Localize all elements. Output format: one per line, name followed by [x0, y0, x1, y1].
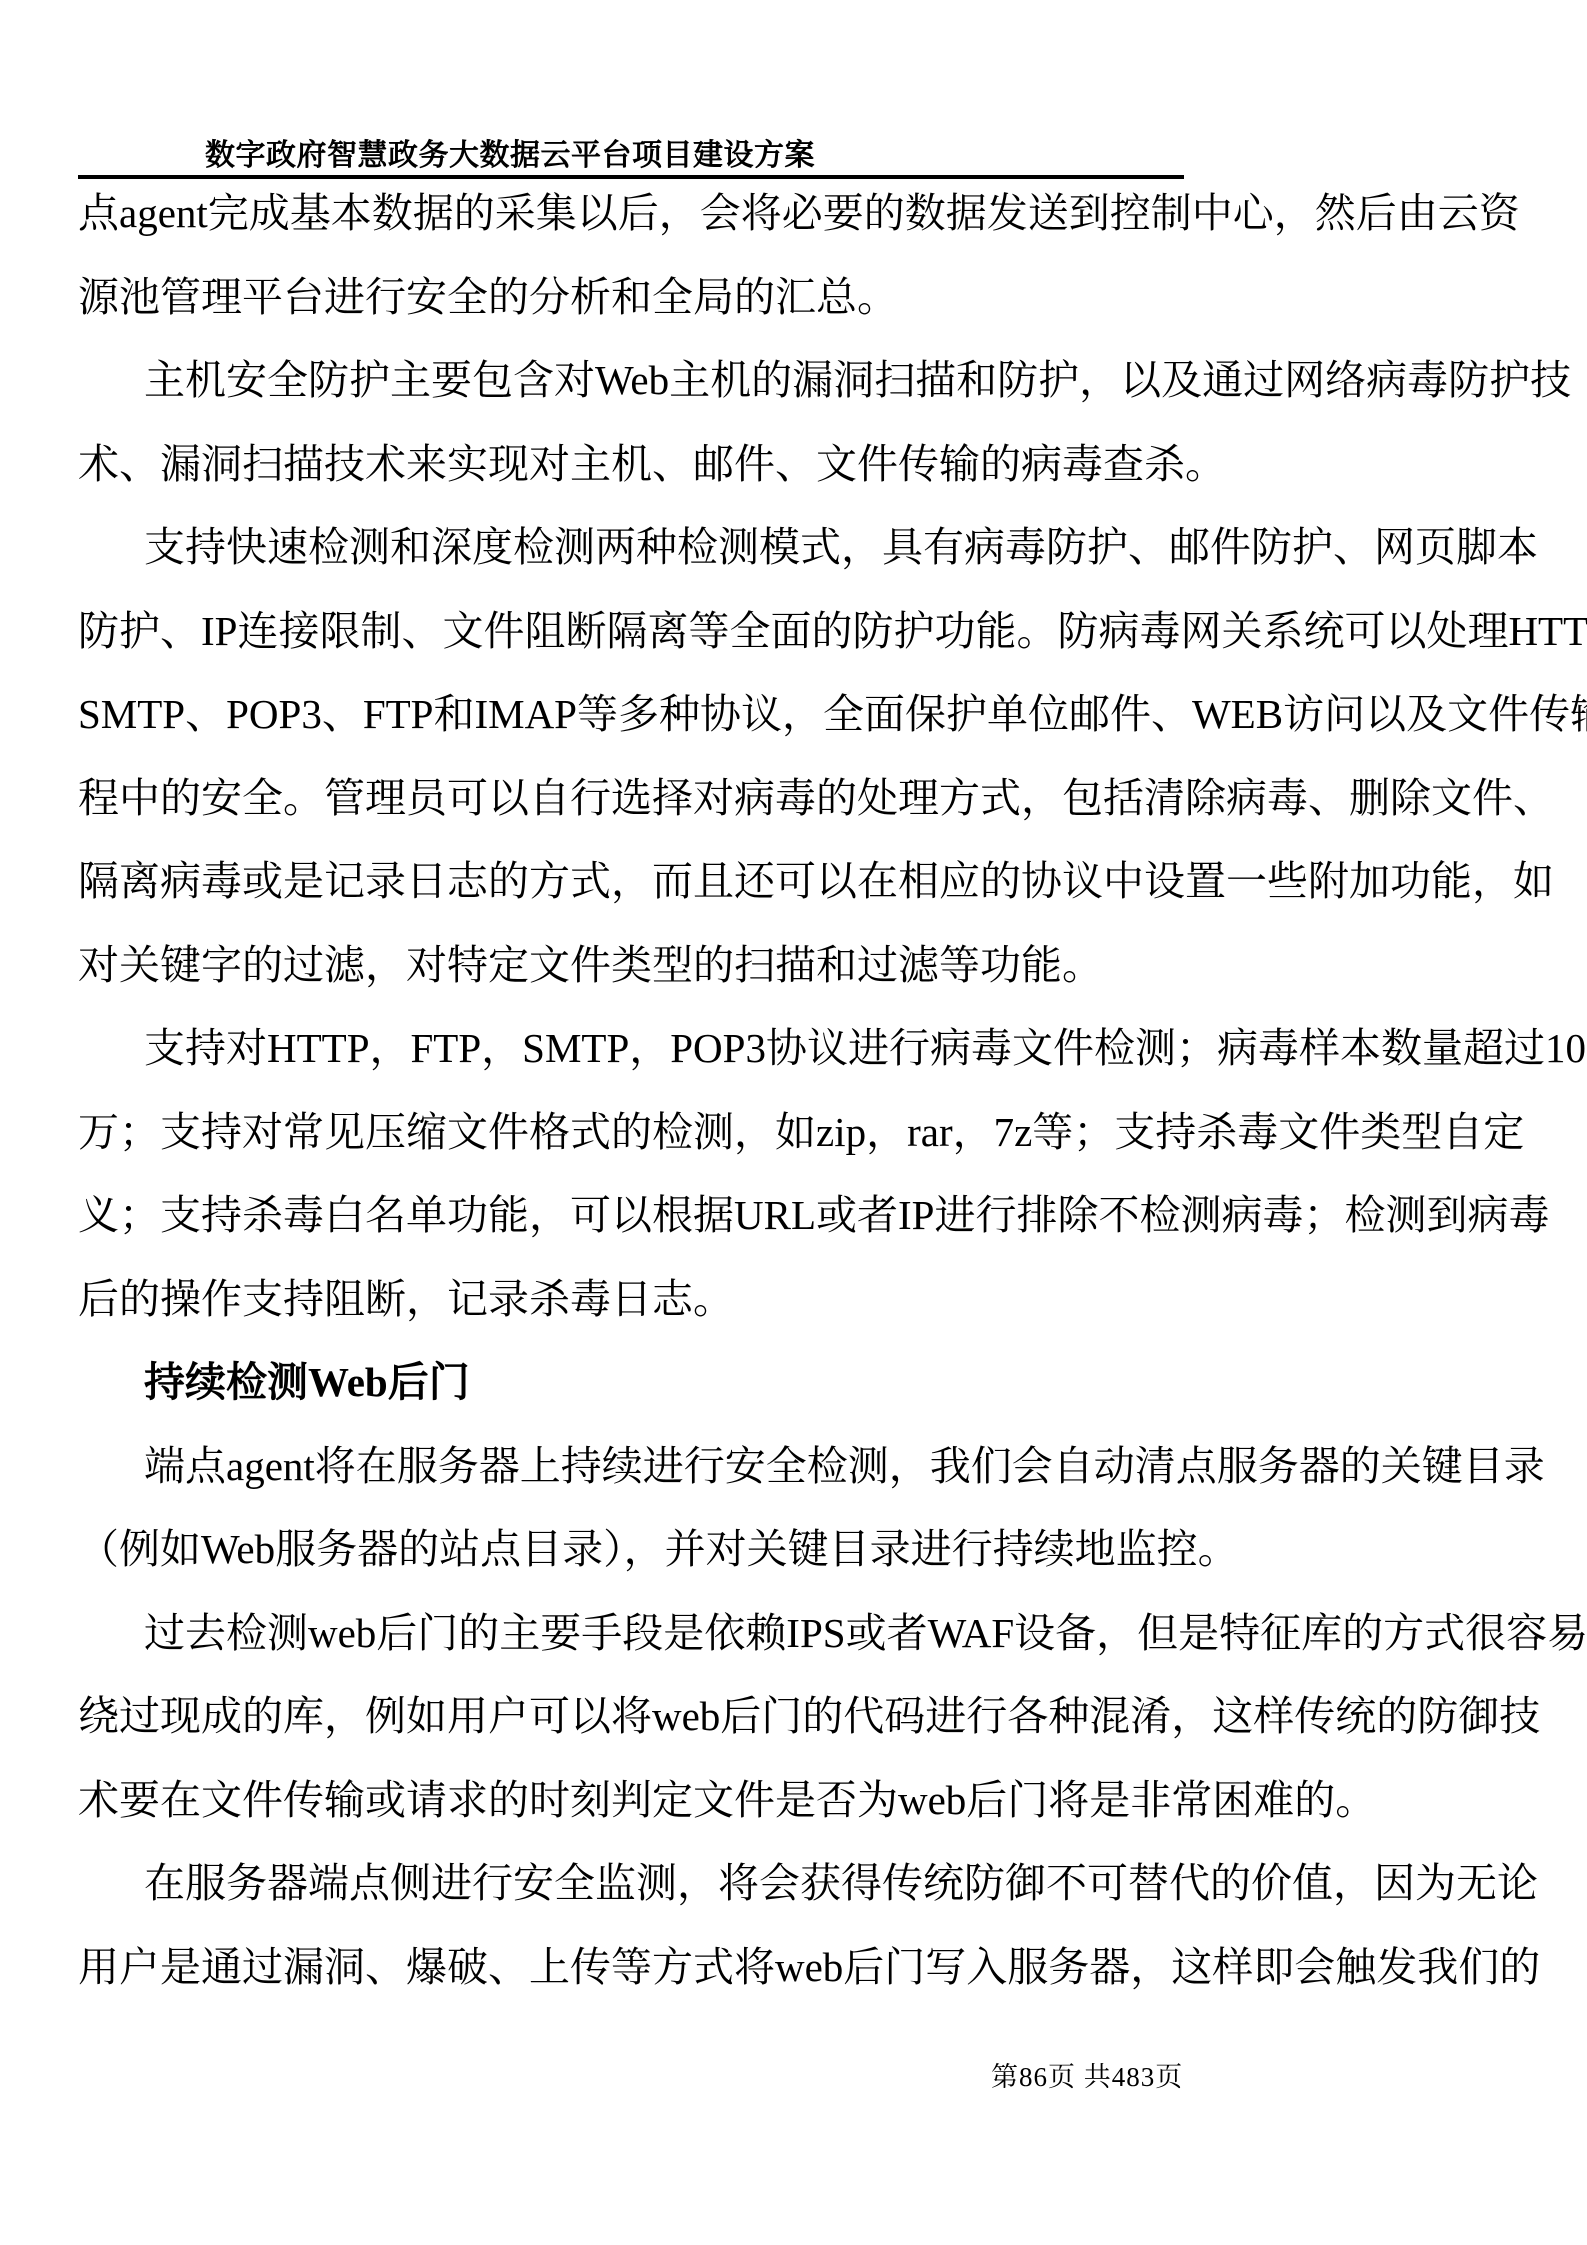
body-text-line: 义；支持杀毒白名单功能，可以根据URL或者IP进行排除不检测病毒；检测到病毒 [78, 1174, 1512, 1258]
body-text-line: 点agent完成基本数据的采集以后，会将必要的数据发送到控制中心，然后由云资 [78, 172, 1512, 256]
body-text-line: 术、漏洞扫描技术来实现对主机、邮件、文件传输的病毒查杀。 [78, 423, 1512, 507]
body-text-line: 支持快速检测和深度检测两种检测模式，具有病毒防护、邮件防护、网页脚本 [78, 506, 1512, 590]
body-text-line: 术要在文件传输或请求的时刻判定文件是否为web后门将是非常困难的。 [78, 1759, 1512, 1843]
document-body: 点agent完成基本数据的采集以后，会将必要的数据发送到控制中心，然后由云资源池… [78, 172, 1512, 2009]
body-text-line: 程中的安全。管理员可以自行选择对病毒的处理方式，包括清除病毒、删除文件、 [78, 757, 1512, 841]
body-text-line: 支持对HTTP，FTP，SMTP，POP3协议进行病毒文件检测；病毒样本数量超过… [78, 1007, 1512, 1091]
body-text-line: 绕过现成的库，例如用户可以将web后门的代码进行各种混淆，这样传统的防御技 [78, 1675, 1512, 1759]
body-text-line: 后的操作支持阻断，记录杀毒日志。 [78, 1258, 1512, 1342]
document-header-title: 数字政府智慧政务大数据云平台项目建设方案 [205, 130, 815, 174]
body-text-line: 端点agent将在服务器上持续进行安全检测，我们会自动清点服务器的关键目录 [78, 1425, 1512, 1509]
body-text-line: 源池管理平台进行安全的分析和全局的汇总。 [78, 256, 1512, 340]
body-text-line: 过去检测web后门的主要手段是依赖IPS或者WAF设备，但是特征库的方式很容易 [78, 1592, 1512, 1676]
body-text-line: （例如Web服务器的站点目录），并对关键目录进行持续地监控。 [78, 1508, 1512, 1592]
page-number: 第86页 共483页 [991, 2055, 1183, 2094]
body-text-line: 在服务器端点侧进行安全监测，将会获得传统防御不可替代的价值，因为无论 [78, 1842, 1512, 1926]
document-page: 数字政府智慧政务大数据云平台项目建设方案 点agent完成基本数据的采集以后，会… [0, 0, 1587, 2245]
body-text-line: 万；支持对常见压缩文件格式的检测，如zip，rar，7z等；支持杀毒文件类型自定 [78, 1091, 1512, 1175]
body-text-line: 用户是通过漏洞、爆破、上传等方式将web后门写入服务器，这样即会触发我们的 [78, 1926, 1512, 2010]
body-text-line: 对关键字的过滤，对特定文件类型的扫描和过滤等功能。 [78, 924, 1512, 1008]
body-text-line: 防护、IP连接限制、文件阻断隔离等全面的防护功能。防病毒网关系统可以处理HTTP… [78, 590, 1512, 674]
body-text-line: 主机安全防护主要包含对Web主机的漏洞扫描和防护，以及通过网络病毒防护技 [78, 339, 1512, 423]
section-heading: 持续检测Web后门 [78, 1341, 1512, 1425]
body-text-line: 隔离病毒或是记录日志的方式，而且还可以在相应的协议中设置一些附加功能，如 [78, 840, 1512, 924]
body-text-line: SMTP、POP3、FTP和IMAP等多种协议，全面保护单位邮件、WEB访问以及… [78, 673, 1512, 757]
